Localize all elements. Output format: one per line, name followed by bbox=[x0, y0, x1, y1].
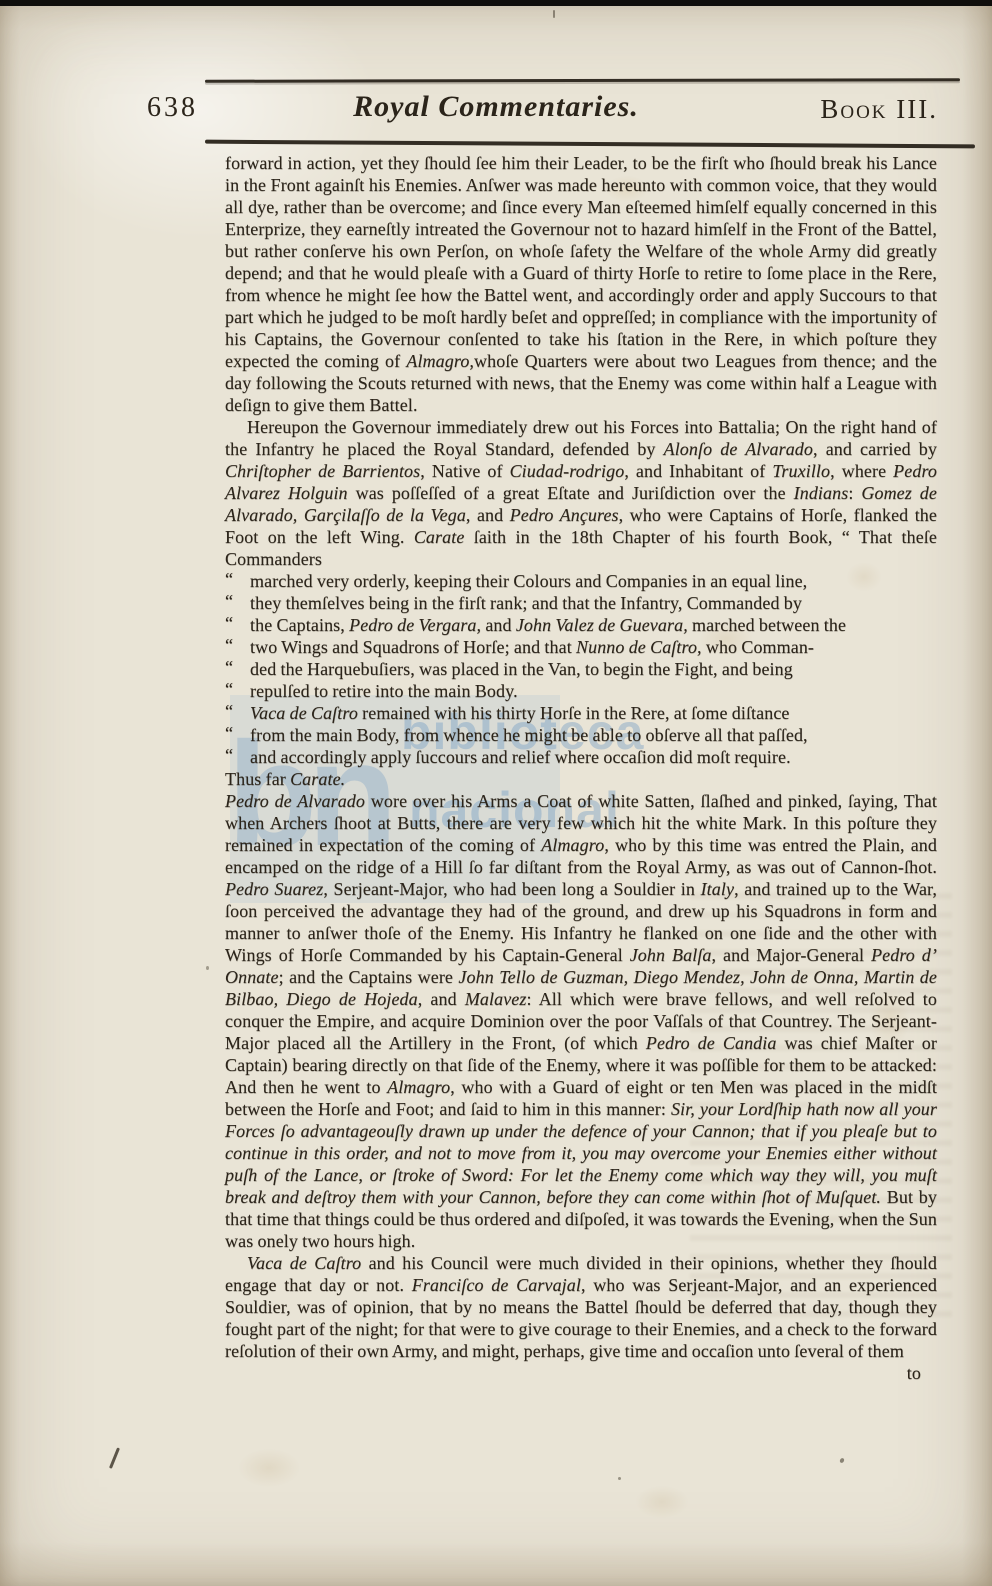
quote-mark: “ bbox=[225, 700, 233, 722]
text-run: Franciſco de Carvajal bbox=[412, 1275, 581, 1295]
text-run: Carate. bbox=[290, 769, 345, 789]
paragraph: Pedro de Alvarado wore over his Arms a C… bbox=[225, 790, 937, 1252]
text-run: the Captains, bbox=[250, 615, 349, 635]
quoted-block: “marched very orderly, keeping their Col… bbox=[225, 570, 937, 702]
text-run: Vaca de Caſtro bbox=[247, 1253, 361, 1273]
text-run: Chriſtopher de Barrientos bbox=[225, 461, 420, 481]
text-run: , and Major-General bbox=[712, 945, 872, 965]
text-run: Almagro bbox=[541, 835, 604, 855]
text-run: who Comman- bbox=[702, 637, 814, 657]
text-run: John Valez de Guevara, bbox=[516, 615, 688, 635]
text-run: : bbox=[848, 483, 861, 503]
text-run: marched very orderly, keeping their Colo… bbox=[250, 571, 807, 591]
text-run: Pedro de Alvarado bbox=[225, 791, 365, 811]
quote-line: “ded the Harquebuſiers, was placed in th… bbox=[225, 658, 937, 680]
paragraph: Thus far Carate. bbox=[225, 768, 937, 790]
text-run: and bbox=[481, 615, 516, 635]
scanned-page: bn biblioteca nacional 638 Royal Comment… bbox=[0, 0, 992, 1586]
quote-mark: “ bbox=[225, 590, 233, 612]
text-run: Thus far bbox=[225, 769, 290, 789]
text-run: Carate bbox=[414, 527, 465, 547]
text-run: and accordingly apply ſuccours and relie… bbox=[250, 747, 791, 767]
text-run: marched between the bbox=[688, 615, 846, 635]
text-run: Alonſo de Alvarado bbox=[664, 439, 813, 459]
text-run: Indians bbox=[794, 483, 849, 503]
text-run: Pedro de Candia bbox=[646, 1033, 777, 1053]
ink-speck bbox=[553, 10, 555, 18]
text-run: Malavez bbox=[465, 989, 527, 1009]
text-run: , where bbox=[830, 461, 893, 481]
text-run: Pedro Ançures bbox=[510, 505, 619, 525]
text-run: Pedro Suarez bbox=[225, 879, 323, 899]
quote-line: “two Wings and Squadrons of Horſe; and t… bbox=[225, 636, 937, 658]
quote-mark: “ bbox=[225, 744, 233, 766]
text-run: two Wings and Squadrons of Horſe; and th… bbox=[250, 637, 576, 657]
text-run: Truxillo bbox=[772, 461, 830, 481]
scan-top-bar bbox=[0, 0, 992, 6]
text-run: Italy bbox=[701, 879, 735, 899]
text-run: from the main Body, from whence he might… bbox=[250, 725, 808, 745]
quote-mark: “ bbox=[225, 678, 233, 700]
quote-mark: “ bbox=[225, 612, 233, 634]
quote-mark: “ bbox=[225, 634, 233, 656]
text-run: ; and the Captains were bbox=[279, 967, 459, 987]
text-run: remained with his thirty Horſe in the Re… bbox=[358, 703, 790, 723]
text-run: , and carried by bbox=[813, 439, 937, 459]
quoted-block: “Vaca de Caſtro remained with his thirty… bbox=[225, 702, 937, 768]
text-run: was poſſeſſed of a great Eſtate and Juri… bbox=[348, 483, 794, 503]
text-run: repulſed to retire into the main Body. bbox=[250, 681, 518, 701]
text-run: John Balſa bbox=[630, 945, 712, 965]
text-run: forward in action, yet they ſhould ſee h… bbox=[225, 153, 937, 371]
text-run: Vaca de Caſtro bbox=[250, 703, 358, 723]
text-run: ded the Harquebuſiers, was placed in the… bbox=[250, 659, 793, 679]
text-run: Almagro, bbox=[406, 351, 474, 371]
text-run: they themſelves being in the firſt rank;… bbox=[250, 593, 802, 613]
text-run: Nunno de Caſtro, bbox=[576, 637, 702, 657]
quote-line: “Vaca de Caſtro remained with his thirty… bbox=[225, 702, 937, 724]
book-label: Book III. bbox=[820, 94, 938, 125]
text-run: , and bbox=[418, 989, 465, 1009]
paragraph: Hereupon the Governour immediately drew … bbox=[225, 416, 937, 570]
text-run: Ciudad-rodrigo bbox=[510, 461, 625, 481]
paragraph: forward in action, yet they ſhould ſee h… bbox=[225, 152, 937, 416]
text-run: , Serjeant-Major, who had been long a So… bbox=[323, 879, 700, 899]
text-run: , and bbox=[466, 505, 510, 525]
text-run: Pedro de Vergara, bbox=[349, 615, 481, 635]
quote-line: “marched very orderly, keeping their Col… bbox=[225, 570, 937, 592]
text-block: forward in action, yet they ſhould ſee h… bbox=[225, 152, 937, 1384]
quote-line: “the Captains, Pedro de Vergara, and Joh… bbox=[225, 614, 937, 636]
catchword: to bbox=[225, 1362, 937, 1384]
text-run: , and Inhabitant of bbox=[624, 461, 772, 481]
paragraphs: forward in action, yet they ſhould ſee h… bbox=[225, 152, 937, 1362]
quote-line: “they themſelves being in the firſt rank… bbox=[225, 592, 937, 614]
quote-mark: “ bbox=[225, 722, 233, 744]
quote-line: “and accordingly apply ſuccours and reli… bbox=[225, 746, 937, 768]
text-run: Almagro bbox=[387, 1077, 450, 1097]
ink-speck bbox=[206, 966, 209, 970]
quote-mark: “ bbox=[225, 568, 233, 590]
ink-speck bbox=[618, 1477, 621, 1480]
quote-line: “repulſed to retire into the main Body. bbox=[225, 680, 937, 702]
text-run: , Native of bbox=[420, 461, 509, 481]
quote-line: “from the main Body, from whence he migh… bbox=[225, 724, 937, 746]
paragraph: Vaca de Caſtro and his Council were much… bbox=[225, 1252, 937, 1362]
quote-mark: “ bbox=[225, 656, 233, 678]
